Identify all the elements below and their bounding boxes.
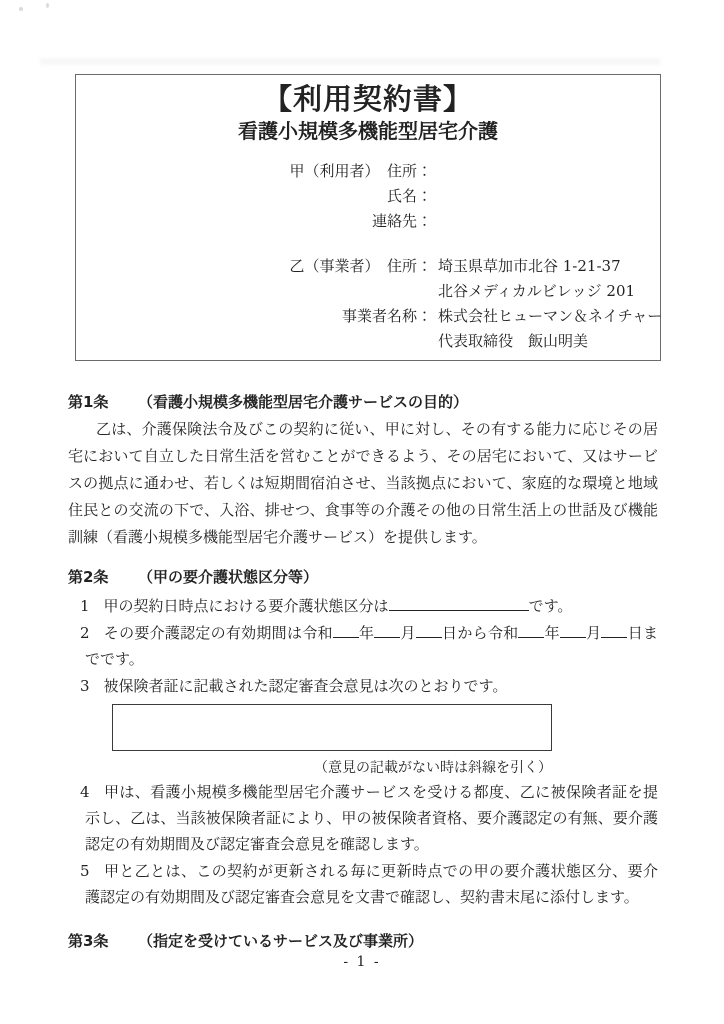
field-value: 株式会社ヒューマン＆ネイチャー	[432, 304, 662, 329]
party-row: 連絡先：	[76, 209, 660, 234]
party-row: 乙（事業者） 住所：埼玉県草加市北谷 1-21-37	[76, 254, 660, 279]
field-value	[432, 159, 438, 184]
item-number: 2	[80, 624, 90, 642]
article-1-body: 乙は、介護保険法令及びこの契約に従い、甲に対し、その有する能力に応じその居宅にお…	[68, 416, 658, 551]
scan-speck	[46, 3, 49, 8]
fill-in-blank	[416, 623, 442, 638]
contract-item-1: 1甲の契約日時点における要介護状態区分はです。	[68, 593, 658, 619]
contract-page: 【利用契約書】 看護小規模多機能型居宅介護 甲（利用者） 住所：氏名：連絡先： …	[0, 0, 724, 1024]
party-row: 代表取締役 飯山明美	[76, 329, 660, 354]
field-label: 連絡先：	[76, 209, 432, 234]
document-title: 【利用契約書】	[76, 81, 660, 117]
party-provider-block: 乙（事業者） 住所：埼玉県草加市北谷 1-21-37北谷メディカルビレッジ 20…	[76, 254, 660, 354]
field-label: 事業者名称：	[76, 304, 432, 329]
page-number: - 1 -	[0, 954, 724, 970]
field-value	[432, 209, 438, 234]
article-number: 第2条	[68, 564, 138, 591]
article-2-items: 1甲の契約日時点における要介護状態区分はです。2その要介護認定の有効期間は令和年…	[68, 593, 658, 910]
field-label: 氏名：	[76, 184, 432, 209]
contract-item-4: 4甲は、看護小規模多機能型居宅介護サービスを受ける都度、乙に被保険者証を提示し、…	[68, 779, 658, 857]
field-value: 北谷メディカルビレッジ 201	[432, 279, 635, 304]
article-1: 第1条 （看護小規模多機能型居宅介護サービスの目的） 乙は、介護保険法令及びこの…	[68, 389, 658, 551]
field-label: 甲（利用者） 住所：	[76, 159, 432, 184]
scan-speck	[19, 7, 23, 11]
item-number: 4	[80, 783, 90, 801]
party-row: 事業者名称：株式会社ヒューマン＆ネイチャー	[76, 304, 660, 329]
field-value: 埼玉県草加市北谷 1-21-37	[432, 254, 621, 279]
contract-item-3: 3被保険者証に記載された認定審査会意見は次のとおりです。	[68, 673, 658, 699]
fill-in-blank	[601, 623, 627, 638]
item-number: 1	[80, 597, 90, 615]
field-value	[432, 184, 438, 209]
item-number: 3	[80, 677, 90, 695]
article-title: （甲の要介護状態区分等）	[138, 564, 318, 591]
article-1-heading: 第1条 （看護小規模多機能型居宅介護サービスの目的）	[68, 389, 658, 416]
item-number: 5	[80, 862, 90, 880]
party-row: 氏名：	[76, 184, 660, 209]
party-user-block: 甲（利用者） 住所：氏名：連絡先：	[76, 159, 660, 234]
field-label	[76, 329, 432, 354]
article-number: 第1条	[68, 389, 138, 416]
fill-in-blank	[560, 623, 586, 638]
title-box: 【利用契約書】 看護小規模多機能型居宅介護 甲（利用者） 住所：氏名：連絡先： …	[75, 74, 661, 361]
field-label: 乙（事業者） 住所：	[76, 254, 432, 279]
article-3: 第3条 （指定を受けているサービス及び事業所）	[68, 928, 658, 955]
scan-smudge	[40, 59, 660, 64]
article-title: （看護小規模多機能型居宅介護サービスの目的）	[138, 389, 468, 416]
field-label	[76, 279, 432, 304]
article-title: （指定を受けているサービス及び事業所）	[138, 928, 423, 955]
article-2: 第2条 （甲の要介護状態区分等） 1甲の契約日時点における要介護状態区分はです。…	[68, 564, 658, 910]
field-value: 代表取締役 飯山明美	[432, 329, 588, 354]
article-2-heading: 第2条 （甲の要介護状態区分等）	[68, 564, 658, 591]
contract-body: 第1条 （看護小規模多機能型居宅介護サービスの目的） 乙は、介護保険法令及びこの…	[68, 389, 658, 955]
fill-in-blank	[389, 596, 529, 611]
article-number: 第3条	[68, 928, 138, 955]
fill-in-blank	[374, 623, 400, 638]
fill-in-blank	[518, 623, 544, 638]
opinion-entry-box	[112, 704, 552, 751]
fill-in-blank	[333, 623, 359, 638]
contract-item-5: 5甲と乙とは、この契約が更新される毎に更新時点での甲の要介護状態区分、要介護認定…	[68, 858, 658, 910]
party-row: 甲（利用者） 住所：	[76, 159, 660, 184]
party-row: 北谷メディカルビレッジ 201	[76, 279, 660, 304]
document-subtitle: 看護小規模多機能型居宅介護	[76, 118, 660, 144]
article-3-heading: 第3条 （指定を受けているサービス及び事業所）	[68, 928, 658, 955]
opinion-note: （意見の記載がない時は斜線を引く）	[68, 758, 552, 778]
contract-item-2: 2その要介護認定の有効期間は令和年月日から令和年月日までです。	[68, 620, 658, 672]
